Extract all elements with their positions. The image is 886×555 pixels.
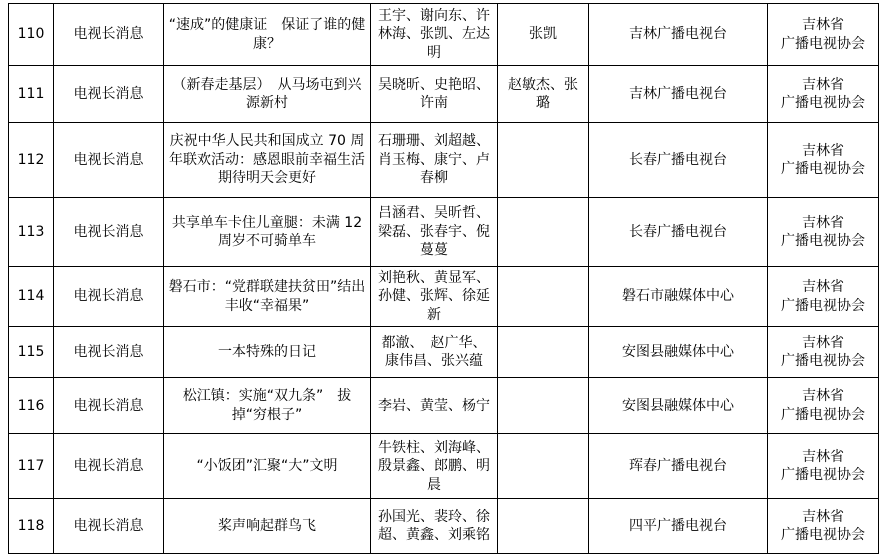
entry-number: 117 <box>9 434 54 499</box>
entry-editors <box>498 499 589 554</box>
table-row: 118 电视长消息 桨声响起群鸟飞 孙国光、裴玲、徐超、黄鑫、刘乘铭 四平广播电… <box>9 499 879 554</box>
entry-title: （新春走基层） 从马场屯到兴源新村 <box>164 66 371 123</box>
entry-station: 磐石市融媒体中心 <box>589 267 768 327</box>
entry-editors <box>498 267 589 327</box>
entry-title: 共享单车卡住儿童腿：未满 12 周岁不可骑单车 <box>164 198 371 267</box>
entry-association: 吉林省 广播电视协会 <box>768 123 879 198</box>
entry-authors: 刘艳秋、黄显军、孙健、张辉、徐延新 <box>371 267 498 327</box>
award-entries-table: 110 电视长消息 “速成”的健康证 保证了谁的健康？ 王宇、谢向东、许林海、张… <box>8 3 879 554</box>
entry-station: 吉林广播电视台 <box>589 66 768 123</box>
table-row: 117 电视长消息 “小饭团”汇聚“大”文明 牛铁柱、刘海峰、殷景鑫、郎鹏、明晨… <box>9 434 879 499</box>
entry-station: 四平广播电视台 <box>589 499 768 554</box>
entry-category: 电视长消息 <box>54 198 164 267</box>
table-row: 115 电视长消息 一本特殊的日记 都澈、 赵广华、康伟昌、张兴蕴 安图县融媒体… <box>9 327 879 378</box>
document-page: 110 电视长消息 “速成”的健康证 保证了谁的健康？ 王宇、谢向东、许林海、张… <box>0 0 886 555</box>
entry-association: 吉林省 广播电视协会 <box>768 434 879 499</box>
entry-title: 庆祝中华人民共和国成立 70 周年联欢活动：感恩眼前幸福生活 期待明天会更好 <box>164 123 371 198</box>
entry-association: 吉林省 广播电视协会 <box>768 198 879 267</box>
entry-authors: 吴晓昕、史艳昭、许南 <box>371 66 498 123</box>
entry-category: 电视长消息 <box>54 4 164 66</box>
entry-editors <box>498 198 589 267</box>
entry-number: 115 <box>9 327 54 378</box>
entry-title: 松江镇：实施“双九条” 拔掉“穷根子” <box>164 378 371 434</box>
entry-authors: 吕涵君、吴昕哲、梁磊、张春宇、倪蔓蔓 <box>371 198 498 267</box>
entry-association: 吉林省 广播电视协会 <box>768 378 879 434</box>
entry-category: 电视长消息 <box>54 123 164 198</box>
entry-title: 桨声响起群鸟飞 <box>164 499 371 554</box>
entry-editors: 张凯 <box>498 4 589 66</box>
entry-station: 长春广播电视台 <box>589 123 768 198</box>
entry-editors <box>498 378 589 434</box>
table-row: 113 电视长消息 共享单车卡住儿童腿：未满 12 周岁不可骑单车 吕涵君、吴昕… <box>9 198 879 267</box>
table-row: 111 电视长消息 （新春走基层） 从马场屯到兴源新村 吴晓昕、史艳昭、许南 赵… <box>9 66 879 123</box>
entry-number: 116 <box>9 378 54 434</box>
entry-authors: 牛铁柱、刘海峰、殷景鑫、郎鹏、明晨 <box>371 434 498 499</box>
entry-category: 电视长消息 <box>54 378 164 434</box>
table-row: 110 电视长消息 “速成”的健康证 保证了谁的健康？ 王宇、谢向东、许林海、张… <box>9 4 879 66</box>
entry-station: 长春广播电视台 <box>589 198 768 267</box>
entry-editors <box>498 434 589 499</box>
table-row: 116 电视长消息 松江镇：实施“双九条” 拔掉“穷根子” 李岩、黄莹、杨宁 安… <box>9 378 879 434</box>
entry-number: 111 <box>9 66 54 123</box>
table-row: 112 电视长消息 庆祝中华人民共和国成立 70 周年联欢活动：感恩眼前幸福生活… <box>9 123 879 198</box>
entry-category: 电视长消息 <box>54 434 164 499</box>
entry-authors: 都澈、 赵广华、康伟昌、张兴蕴 <box>371 327 498 378</box>
entry-station: 吉林广播电视台 <box>589 4 768 66</box>
entry-editors: 赵敏杰、张璐 <box>498 66 589 123</box>
entry-station: 安图县融媒体中心 <box>589 378 768 434</box>
entry-association: 吉林省 广播电视协会 <box>768 66 879 123</box>
entry-association: 吉林省 广播电视协会 <box>768 4 879 66</box>
entry-category: 电视长消息 <box>54 499 164 554</box>
entry-number: 112 <box>9 123 54 198</box>
entry-category: 电视长消息 <box>54 66 164 123</box>
entry-station: 珲春广播电视台 <box>589 434 768 499</box>
entry-association: 吉林省 广播电视协会 <box>768 327 879 378</box>
entry-association: 吉林省 广播电视协会 <box>768 267 879 327</box>
entry-category: 电视长消息 <box>54 327 164 378</box>
entry-number: 114 <box>9 267 54 327</box>
entry-editors <box>498 123 589 198</box>
entry-authors: 石珊珊、刘超越、肖玉梅、康宁、卢春柳 <box>371 123 498 198</box>
entry-authors: 李岩、黄莹、杨宁 <box>371 378 498 434</box>
table-row: 114 电视长消息 磐石市：“党群联建扶贫田”结出丰收“幸福果” 刘艳秋、黄显军… <box>9 267 879 327</box>
entry-title: “速成”的健康证 保证了谁的健康？ <box>164 4 371 66</box>
entry-title: “小饭团”汇聚“大”文明 <box>164 434 371 499</box>
entry-category: 电视长消息 <box>54 267 164 327</box>
entry-authors: 王宇、谢向东、许林海、张凯、左达明 <box>371 4 498 66</box>
entry-number: 118 <box>9 499 54 554</box>
entry-title: 一本特殊的日记 <box>164 327 371 378</box>
entry-association: 吉林省 广播电视协会 <box>768 499 879 554</box>
entry-editors <box>498 327 589 378</box>
entry-station: 安图县融媒体中心 <box>589 327 768 378</box>
entry-number: 110 <box>9 4 54 66</box>
entry-title: 磐石市：“党群联建扶贫田”结出丰收“幸福果” <box>164 267 371 327</box>
entry-number: 113 <box>9 198 54 267</box>
entry-authors: 孙国光、裴玲、徐超、黄鑫、刘乘铭 <box>371 499 498 554</box>
